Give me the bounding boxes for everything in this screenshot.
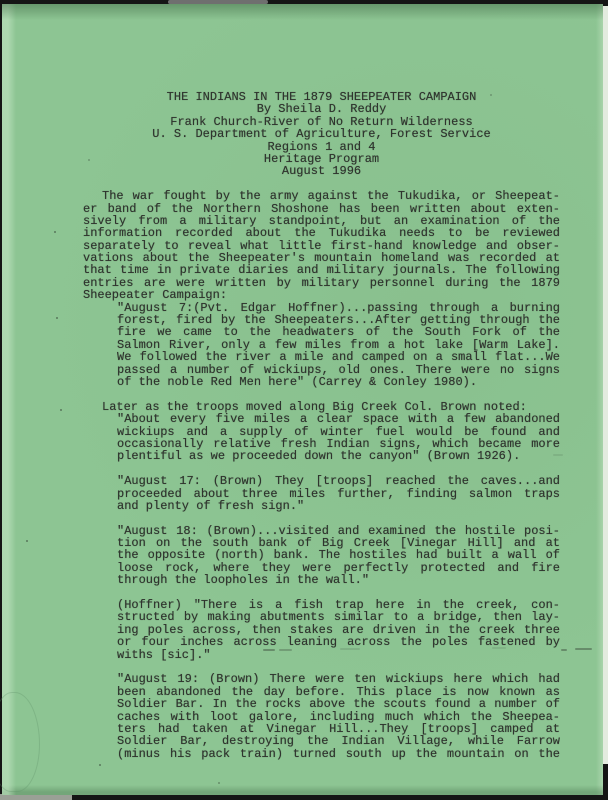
title-line: Heritage Program [83,153,560,165]
text-line: information recorded about the Tukudika … [83,227,560,239]
text-line: loose rock, where they were perfectly pr… [117,562,560,574]
scan-artifact [54,231,56,233]
text-line: forest, fired by the Sheepeaters...After… [117,314,560,326]
quoted-journal-entry: "August 19: (Brown) There were ten wicki… [117,673,560,760]
quoted-journal-entry: "August 17: (Brown) They [troops] reache… [117,475,560,512]
title-line: By Sheila D. Reddy [83,103,560,115]
body-paragraph: Later as the troops moved along Big Cree… [83,401,560,413]
quoted-journal-entry: "August 18: (Brown)...visited and examin… [117,525,560,587]
text-line: been abandoned the day before. This plac… [117,686,560,698]
scan-artifact [0,692,40,792]
scan-artifact [263,649,275,651]
document-page: THE INDIANS IN THE 1879 SHEEPEATER CAMPA… [2,4,603,795]
text-line: "About every five miles a clear space wi… [117,413,560,425]
scan-artifact [60,409,62,411]
quoted-journal-entry: "August 7:(Pvt. Edgar Hoffner)...passing… [117,302,560,389]
title-line: August 1996 [83,165,560,177]
text-line: "August 7:(Pvt. Edgar Hoffner)...passing… [117,302,560,314]
text-line: through the loopholes in the wall." [117,574,560,586]
text-line: tion on the south bank of Big Creek [Vin… [117,537,560,549]
body-paragraph: The war fought by the army against the T… [83,190,560,302]
scan-artifact [561,649,567,651]
scan-artifact [575,648,592,650]
scan-artifact [56,317,58,319]
text-line: passed a number of wickiups, old ones. T… [117,364,560,376]
document-body: The war fought by the army against the T… [83,190,560,760]
text-line: ters had taken at Vinegar Hill...They [t… [117,723,560,735]
scanned-page-background: THE INDIANS IN THE 1879 SHEEPEATER CAMPA… [0,0,608,800]
quoted-journal-entry: "About every five miles a clear space wi… [117,413,560,463]
scan-artifact [88,159,90,161]
text-line: Sheepeater Campaign: [83,289,560,301]
title-line: U. S. Department of Agriculture, Forest … [83,128,560,140]
document-header: THE INDIANS IN THE 1879 SHEEPEATER CAMPA… [83,91,560,178]
text-line: that time in private diaries and militar… [83,264,560,276]
text-line: (Hoffner) "There is a fish trap here in … [117,599,560,611]
scan-artifact [26,540,28,542]
scan-artifact [218,782,220,784]
text-line: fire we came to the headwaters of the So… [117,326,560,338]
text-line: of the noble Red Men here" (Carrey & Con… [117,376,560,388]
text-line: separately to reveal what little first-h… [83,240,560,252]
text-line: er band of the Northern Shoshone has bee… [83,203,560,215]
scan-artifact [490,94,492,96]
scan-artifact [553,454,563,456]
text-line: "August 19: (Brown) There were ten wicki… [117,673,560,685]
title-line: THE INDIANS IN THE 1879 SHEEPEATER CAMPA… [83,91,560,103]
text-line: Soldier Bar, destroying the Indian Villa… [117,735,560,747]
text-line: withs [sic]." [117,649,560,661]
text-line: sively from a military standpoint, but a… [83,215,560,227]
text-line: Later as the troops moved along Big Cree… [83,401,560,413]
quoted-journal-entry: (Hoffner) "There is a fish trap here in … [117,599,560,661]
scan-artifact [99,764,101,766]
text-line: and plenty of fresh sign." [117,500,560,512]
text-line: ing poles across, then stakes are driven… [117,624,560,636]
text-line: proceeded about three miles further, fin… [117,488,560,500]
text-line: "August 18: (Brown)...visited and examin… [117,525,560,537]
text-line: entries are were written by military per… [83,277,560,289]
text-line: caches with loot galore, including much … [117,711,560,723]
text-line: (minus his pack train) turned south up t… [117,748,560,760]
text-line: structed by making abutments similar to … [117,611,560,623]
text-line: wickiups and a supply of winter fuel wou… [117,426,560,438]
text-column: THE INDIANS IN THE 1879 SHEEPEATER CAMPA… [83,91,560,760]
title-line: Frank Church-River of No Return Wilderne… [83,116,560,128]
text-line: plentiful as we proceeded down the canyo… [117,450,560,462]
title-line: Regions 1 and 4 [83,141,560,153]
scan-artifact [340,648,360,650]
text-line: vations about the Sheepeater's mountain … [83,252,560,264]
text-line: We followed the river a mile and camped … [117,351,560,363]
text-line: Salmon River, only a few miles from a ho… [117,339,560,351]
text-line: the opposite (north) bank. The hostiles … [117,549,560,561]
text-line: "August 17: (Brown) They [troops] reache… [117,475,560,487]
text-line: The war fought by the army against the T… [83,190,560,202]
text-line: Soldier Bar. In the rocks above the scou… [117,698,560,710]
scan-artifact [279,649,292,651]
text-line: occasionally relative fresh Indian signs… [117,438,560,450]
scan-artifact [492,647,506,649]
